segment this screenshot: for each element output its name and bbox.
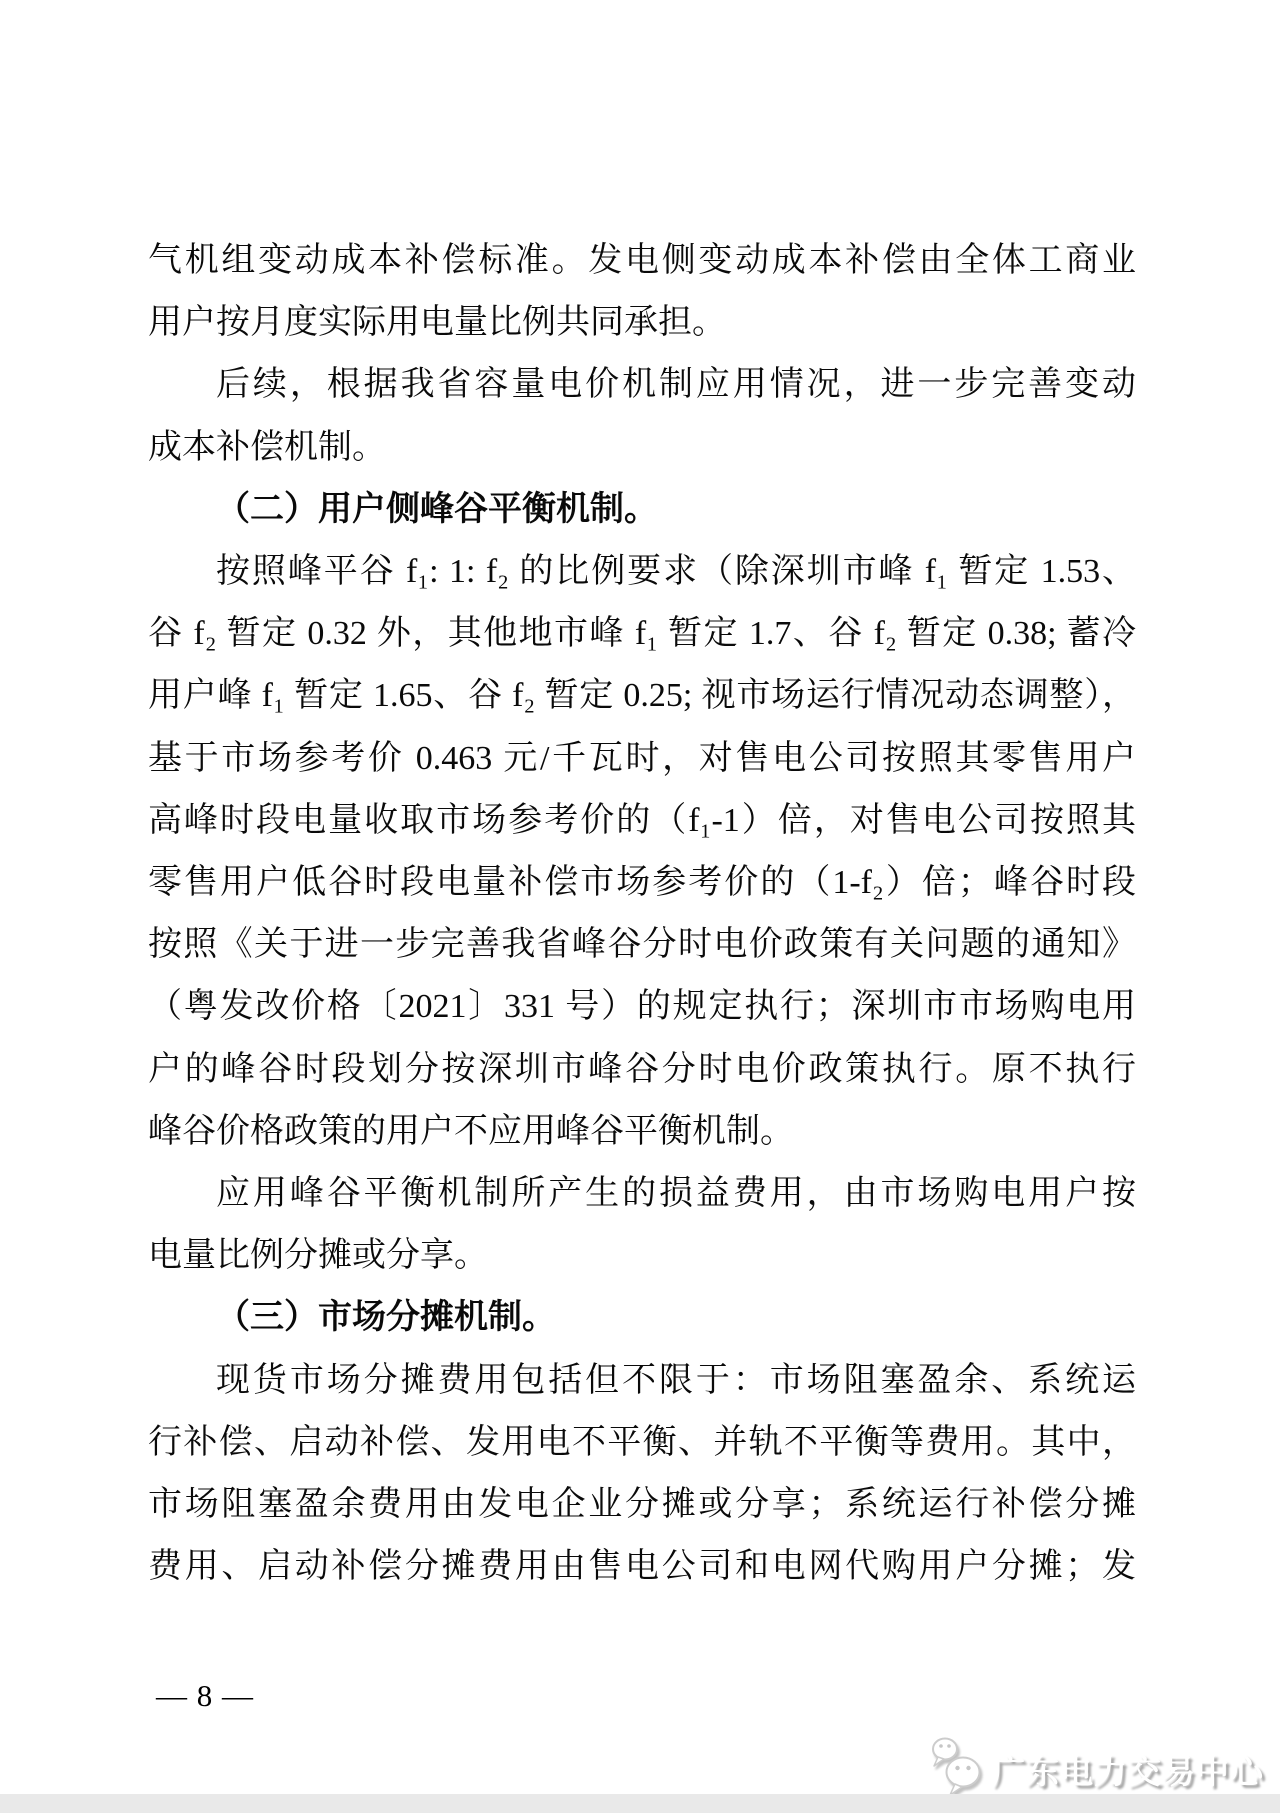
page-number: — 8 — [156, 1678, 254, 1714]
text-line: 应用峰谷平衡机制所产生的损益费用，由市场购电用户按 [148, 1163, 1136, 1225]
text-line: 零售用户低谷时段电量补偿市场参考价的（1-f₂）倍；峰谷时段 [148, 852, 1136, 914]
text-line: 市场阻塞盈余费用由发电企业分摊或分享；系统运行补偿分摊 [148, 1474, 1136, 1536]
text-line: （粤发改价格〔2021〕331 号）的规定执行；深圳市市场购电用 [148, 976, 1136, 1038]
text-line: 现货市场分摊费用包括但不限于：市场阻塞盈余、系统运 [148, 1350, 1136, 1412]
text-line: 基于市场参考价 0.463 元/千瓦时，对售电公司按照其零售用户 [148, 728, 1136, 790]
footer-logo-text: 广东电力交易中心 [992, 1746, 1264, 1793]
text-line: 按照《关于进一步完善我省峰谷分时电价政策有关问题的通知》 [148, 914, 1136, 976]
paragraph: 应用峰谷平衡机制所产生的损益费用，由市场购电用户按电量比例分摊或分享。 [148, 1163, 1136, 1287]
paragraph: 后续，根据我省容量电价机制应用情况，进一步完善变动成本补偿机制。 [148, 354, 1136, 478]
paragraph: 按照峰平谷 f₁: 1: f₂ 的比例要求（除深圳市峰 f₁ 暂定 1.53、谷… [148, 541, 1136, 1163]
section-heading: （二）用户侧峰谷平衡机制。 [148, 479, 1136, 541]
text-line: 气机组变动成本补偿标准。发电侧变动成本补偿由全体工商业 [148, 230, 1136, 292]
paragraph: 现货市场分摊费用包括但不限于：市场阻塞盈余、系统运行补偿、启动补偿、发用电不平衡… [148, 1350, 1136, 1599]
wechat-icon [930, 1736, 984, 1803]
bottom-bar [0, 1794, 1280, 1813]
text-line: 电量比例分摊或分享。 [148, 1225, 1136, 1287]
text-line: 用户按月度实际用电量比例共同承担。 [148, 292, 1136, 354]
text-line: （三）市场分摊机制。 [148, 1287, 1136, 1349]
text-line: 谷 f₂ 暂定 0.32 外，其他地市峰 f₁ 暂定 1.7、谷 f₂ 暂定 0… [148, 603, 1136, 665]
text-line: 高峰时段电量收取市场参考价的（f₁-1）倍，对售电公司按照其 [148, 790, 1136, 852]
text-line: （二）用户侧峰谷平衡机制。 [148, 479, 1136, 541]
text-line: 行补偿、启动补偿、发用电不平衡、并轨不平衡等费用。其中， [148, 1412, 1136, 1474]
paragraph: 气机组变动成本补偿标准。发电侧变动成本补偿由全体工商业用户按月度实际用电量比例共… [148, 230, 1136, 354]
text-line: 按照峰平谷 f₁: 1: f₂ 的比例要求（除深圳市峰 f₁ 暂定 1.53、 [148, 541, 1136, 603]
text-line: 后续，根据我省容量电价机制应用情况，进一步完善变动 [148, 354, 1136, 416]
text-line: 户的峰谷时段划分按深圳市峰谷分时电价政策执行。原不执行 [148, 1039, 1136, 1101]
text-line: 用户峰 f₁ 暂定 1.65、谷 f₂ 暂定 0.25; 视市场运行情况动态调整… [148, 665, 1136, 727]
text-line: 成本补偿机制。 [148, 417, 1136, 479]
footer-logo: 广东电力交易中心 [930, 1736, 1264, 1803]
text-line: 峰谷价格政策的用户不应用峰谷平衡机制。 [148, 1101, 1136, 1163]
text-line: 费用、启动补偿分摊费用由售电公司和电网代购用户分摊；发 [148, 1536, 1136, 1598]
section-heading: （三）市场分摊机制。 [148, 1287, 1136, 1349]
document-body: 气机组变动成本补偿标准。发电侧变动成本补偿由全体工商业用户按月度实际用电量比例共… [148, 230, 1136, 1598]
